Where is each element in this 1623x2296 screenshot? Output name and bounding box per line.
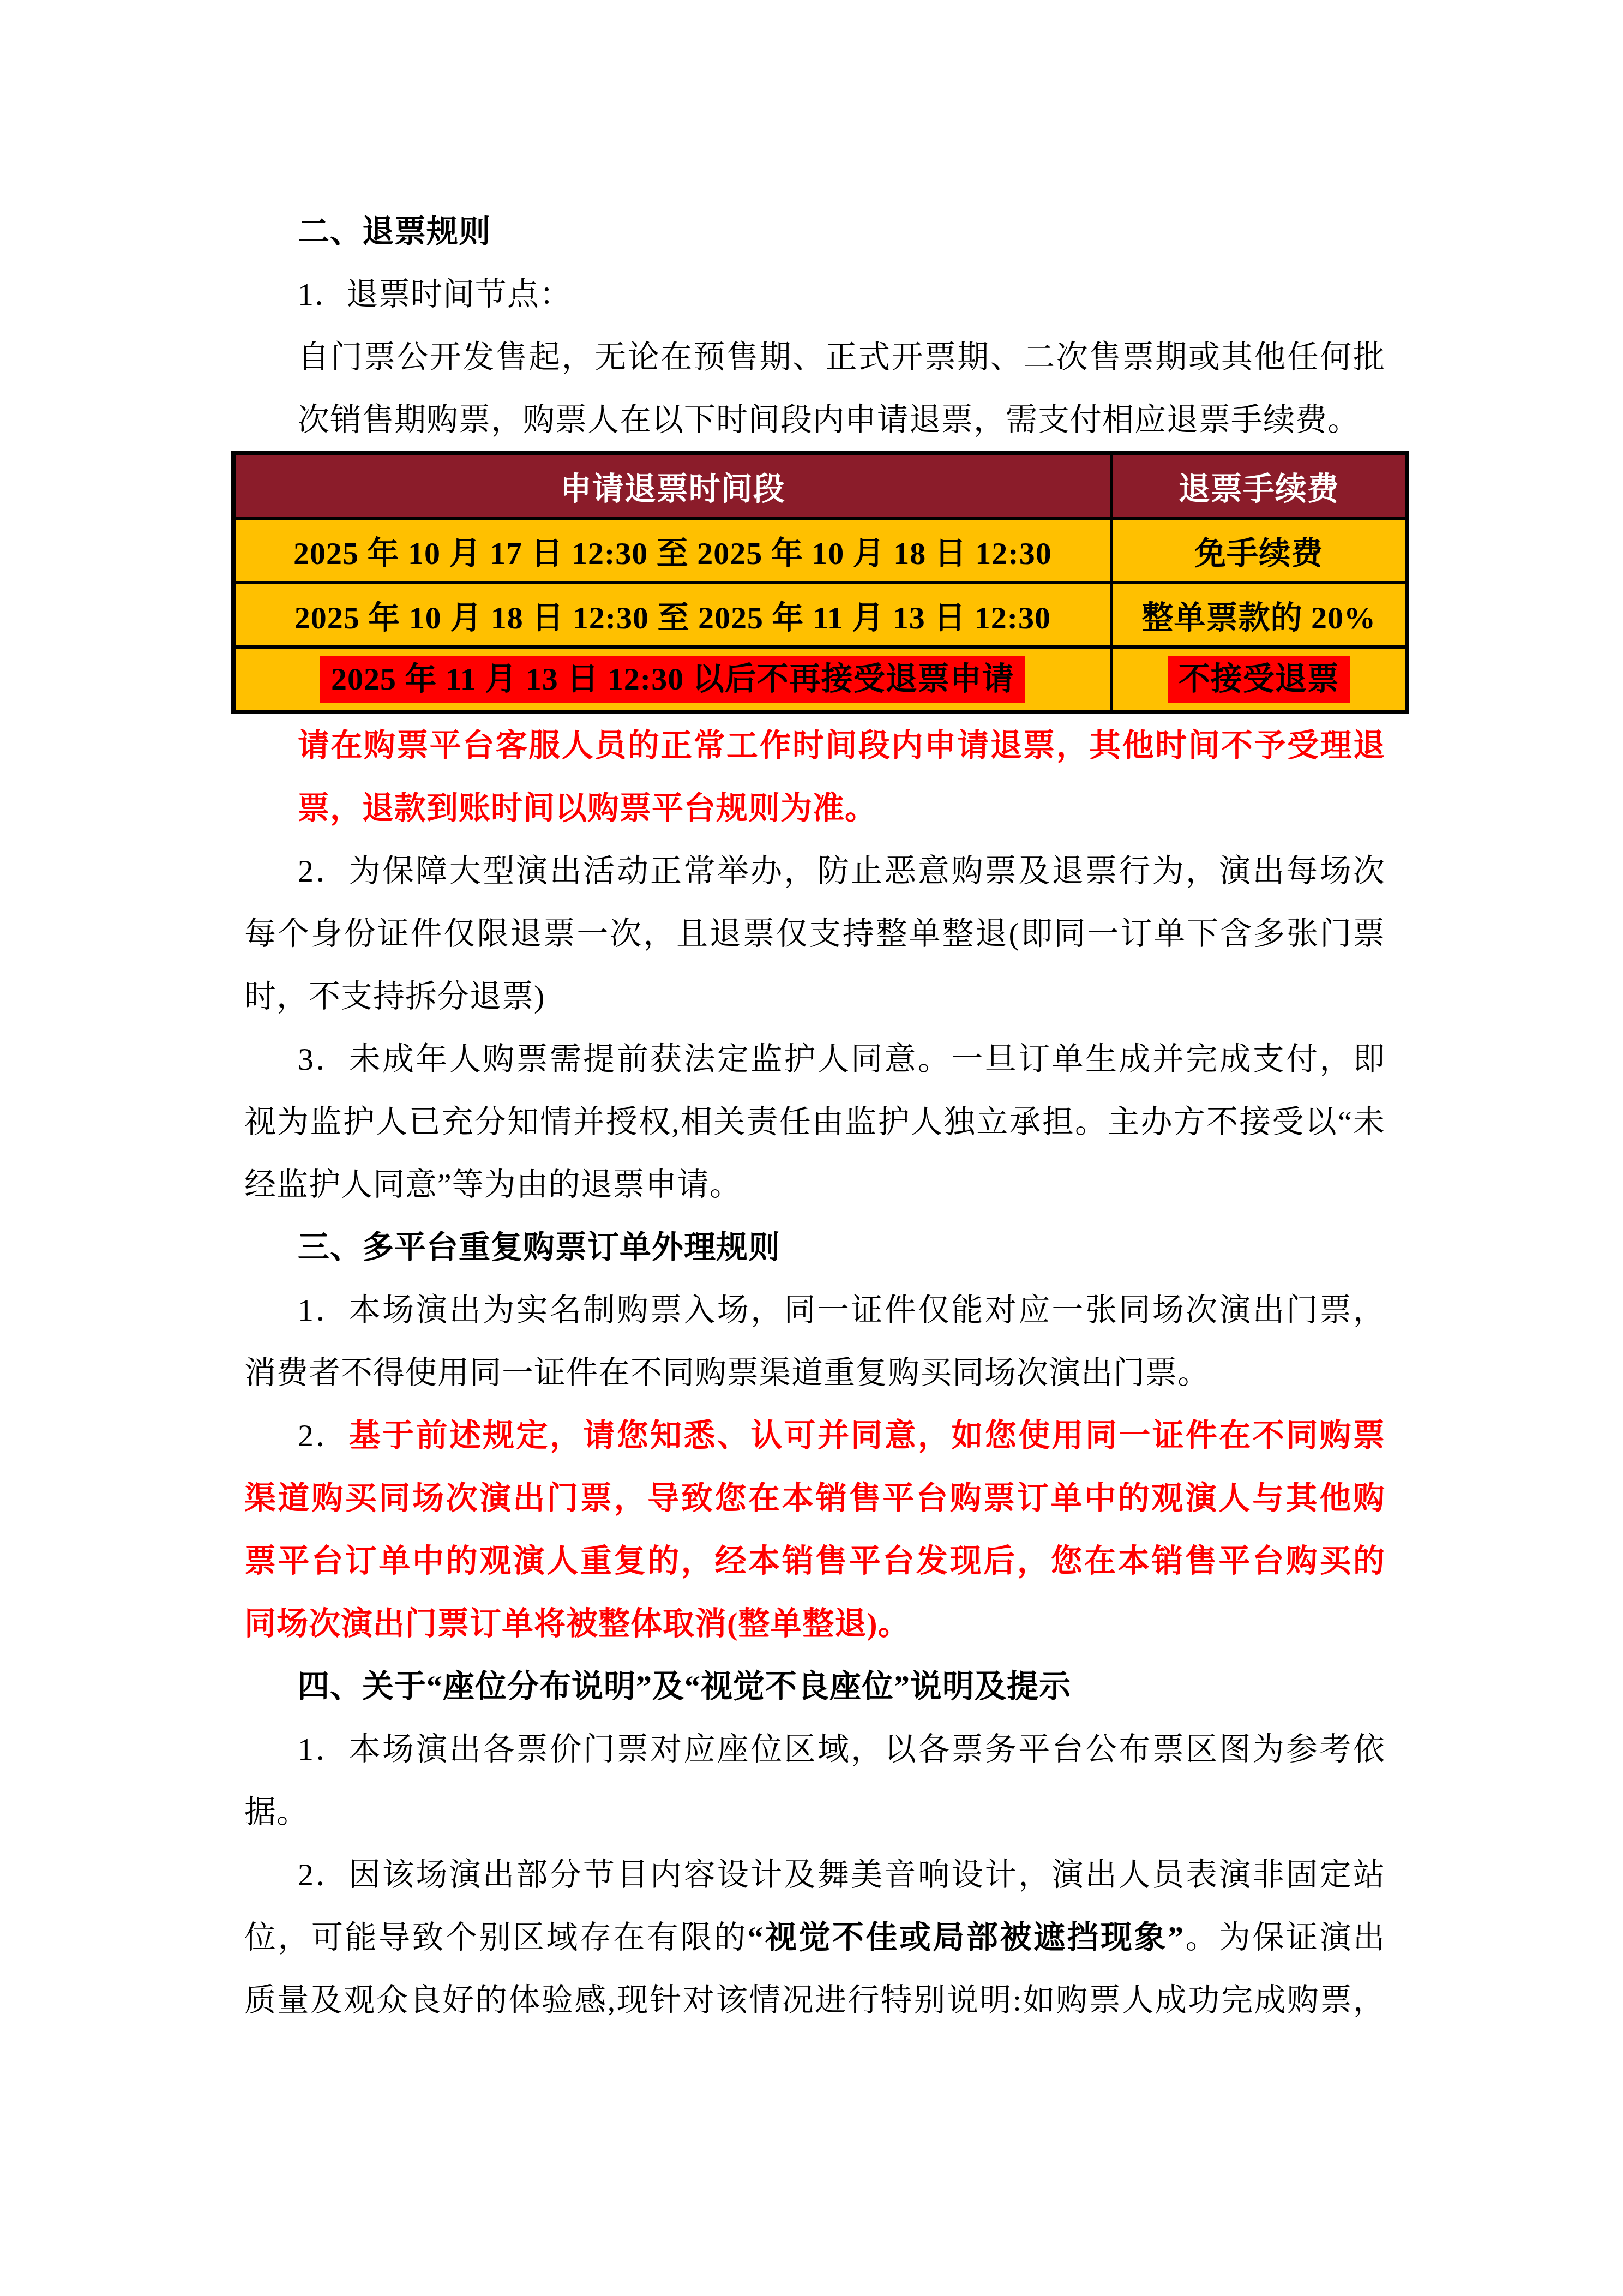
text-segment: 每个身份证件仅限退票一次，且退票仅支持整单整退(即同一订单下含多张门票 xyxy=(244,916,1385,951)
header-refund-fee: 退票手续费 xyxy=(1111,453,1407,518)
text-line: 1．退票时间节点： xyxy=(244,263,1385,326)
table-cell-period: 2025 年 10 月 17 日 12:30 至 2025 年 10 月 18 … xyxy=(233,518,1111,583)
text-segment: 位，可能导致个别区域存在有限的 xyxy=(244,1920,747,1955)
section-heading: 三、多平台重复购票订单外理规则 xyxy=(244,1216,1385,1279)
text-segment: 时，不支持拆分退票) xyxy=(244,979,545,1014)
text-segment: 1．本场演出各票价门票对应座位区域，以各票务平台公布票区图为参考依 xyxy=(298,1731,1385,1767)
text-segment: 同场次演出门票订单将被整体取消(整单整退)。 xyxy=(244,1606,910,1641)
text-line: 经监护人同意”等为由的退票申请。 xyxy=(244,1153,1385,1216)
highlighted-text: 2025 年 11 月 13 日 12:30 以后不再接受退票申请 xyxy=(320,656,1025,703)
text-segment: 渠道购买同场次演出门票，导致您在本销售平台购票订单中的观演人与其他购 xyxy=(244,1480,1385,1516)
section-refund-rules: 二、退票规则1．退票时间节点：自门票公开发售起，无论在预售期、正式开票期、二次售… xyxy=(244,200,1385,451)
refund-fee-table: 申请退票时间段 退票手续费 2025 年 10 月 17 日 12:30 至 2… xyxy=(231,451,1409,714)
section-heading: 二、退票规则 xyxy=(244,200,1385,263)
text-line: 票，退款到账时间以购票平台规则为准。 xyxy=(244,777,1385,840)
text-line: 2．因该场演出部分节目内容设计及舞美音响设计，演出人员表演非固定站 xyxy=(244,1843,1385,1906)
text-segment: 1．退票时间节点： xyxy=(298,277,572,312)
text-line: 1．本场演出各票价门票对应座位区域，以各票务平台公布票区图为参考依 xyxy=(244,1718,1385,1781)
text-segment: 基于前述规定，请您知悉、认可并同意，如您使用同一证件在不同购票 xyxy=(349,1418,1385,1453)
text-line: 消费者不得使用同一证件在不同购票渠道重复购买同场次演出门票。 xyxy=(244,1341,1385,1404)
table-cell-period: 2025 年 11 月 13 日 12:30 以后不再接受退票申请 xyxy=(233,647,1111,712)
text-line: 每个身份证件仅限退票一次，且退票仅支持整单整退(即同一订单下含多张门票 xyxy=(244,902,1385,965)
table-row: 2025 年 11 月 13 日 12:30 以后不再接受退票申请 不接受退票 xyxy=(233,647,1407,712)
text-segment: 消费者不得使用同一证件在不同购票渠道重复购买同场次演出门票。 xyxy=(244,1355,1210,1390)
table-row: 2025 年 10 月 17 日 12:30 至 2025 年 10 月 18 … xyxy=(233,518,1407,583)
text-line: 2．为保障大型演出活动正常举办，防止恶意购票及退票行为，演出每场次 xyxy=(244,840,1385,902)
table-header-row: 申请退票时间段 退票手续费 xyxy=(233,453,1407,518)
text-segment: 四、关于“座位分布说明”及“视觉不良座位”说明及提示 xyxy=(298,1669,1071,1704)
text-line: 3．未成年人购票需提前获法定监护人同意。一旦订单生成并完成支付，即 xyxy=(244,1028,1385,1090)
text-line: 渠道购买同场次演出门票，导致您在本销售平台购票订单中的观演人与其他购 xyxy=(244,1467,1385,1530)
text-segment: 自门票公开发售起，无论在预售期、正式开票期、二次售票期或其他任何批 xyxy=(298,339,1385,375)
text-segment: 3．未成年人购票需提前获法定监护人同意。一旦订单生成并完成支付，即 xyxy=(298,1041,1385,1077)
text-segment: 。为保证演出 xyxy=(1184,1920,1385,1955)
text-line: 时，不支持拆分退票) xyxy=(244,965,1385,1028)
table-cell-fee: 整单票款的 20% xyxy=(1111,583,1407,647)
text-segment: “视觉不佳或局部被遮挡现象” xyxy=(747,1920,1183,1955)
text-segment: 经监护人同意”等为由的退票申请。 xyxy=(244,1167,742,1202)
document-content: 二、退票规则1．退票时间节点：自门票公开发售起，无论在预售期、正式开票期、二次售… xyxy=(0,0,1623,2031)
text-line: 自门票公开发售起，无论在预售期、正式开票期、二次售票期或其他任何批 xyxy=(244,326,1385,388)
text-segment: 2．为保障大型演出活动正常举办，防止恶意购票及退票行为，演出每场次 xyxy=(298,853,1385,889)
section-rules-continued: 请在购票平台客服人员的正常工作时间段内申请退票，其他时间不予受理退票，退款到账时… xyxy=(244,714,1385,2031)
text-line: 请在购票平台客服人员的正常工作时间段内申请退票，其他时间不予受理退 xyxy=(244,714,1385,777)
text-segment: 票，退款到账时间以购票平台规则为准。 xyxy=(298,790,877,826)
text-segment: 二、退票规则 xyxy=(298,214,491,249)
text-segment: 2． xyxy=(298,1418,349,1453)
text-segment: 2．因该场演出部分节目内容设计及舞美音响设计，演出人员表演非固定站 xyxy=(298,1857,1385,1892)
table-cell-fee: 不接受退票 xyxy=(1111,647,1407,712)
text-segment: 质量及观众良好的体验感,现针对该情况进行特别说明:如购票人成功完成购票， xyxy=(244,1982,1385,2018)
text-line: 次销售期购票，购票人在以下时间段内申请退票，需支付相应退票手续费。 xyxy=(244,388,1385,451)
text-line: 位，可能导致个别区域存在有限的“视觉不佳或局部被遮挡现象”。为保证演出 xyxy=(244,1906,1385,1969)
table-cell-period: 2025 年 10 月 18 日 12:30 至 2025 年 11 月 13 … xyxy=(233,583,1111,647)
text-segment: 1．本场演出为实名制购票入场，同一证件仅能对应一张同场次演出门票， xyxy=(298,1292,1385,1328)
text-line: 票平台订单中的观演人重复的，经本销售平台发现后，您在本销售平台购买的 xyxy=(244,1530,1385,1592)
text-line: 2．基于前述规定，请您知悉、认可并同意，如您使用同一证件在不同购票 xyxy=(244,1404,1385,1467)
text-segment: 据。 xyxy=(244,1794,309,1830)
text-segment: 视为监护人已充分知情并授权,相关责任由监护人独立承担。主办方不接受以“未 xyxy=(244,1104,1385,1140)
header-refund-period: 申请退票时间段 xyxy=(233,453,1111,518)
text-segment: 三、多平台重复购票订单外理规则 xyxy=(298,1230,780,1265)
text-line: 1．本场演出为实名制购票入场，同一证件仅能对应一张同场次演出门票， xyxy=(244,1279,1385,1341)
highlighted-text: 不接受退票 xyxy=(1168,656,1350,703)
text-segment: 次销售期购票，购票人在以下时间段内申请退票，需支付相应退票手续费。 xyxy=(298,402,1360,437)
section-heading: 四、关于“座位分布说明”及“视觉不良座位”说明及提示 xyxy=(244,1655,1385,1718)
text-segment: 请在购票平台客服人员的正常工作时间段内申请退票，其他时间不予受理退 xyxy=(298,728,1385,763)
text-line: 视为监护人已充分知情并授权,相关责任由监护人独立承担。主办方不接受以“未 xyxy=(244,1090,1385,1153)
text-line: 同场次演出门票订单将被整体取消(整单整退)。 xyxy=(244,1592,1385,1655)
text-line: 据。 xyxy=(244,1781,1385,1843)
table-cell-fee: 免手续费 xyxy=(1111,518,1407,583)
text-line: 质量及观众良好的体验感,现针对该情况进行特别说明:如购票人成功完成购票， xyxy=(244,1969,1385,2031)
text-segment: 票平台订单中的观演人重复的，经本销售平台发现后，您在本销售平台购买的 xyxy=(244,1543,1385,1579)
table-row: 2025 年 10 月 18 日 12:30 至 2025 年 11 月 13 … xyxy=(233,583,1407,647)
document-page: 二、退票规则1．退票时间节点：自门票公开发售起，无论在预售期、正式开票期、二次售… xyxy=(0,0,1623,2296)
